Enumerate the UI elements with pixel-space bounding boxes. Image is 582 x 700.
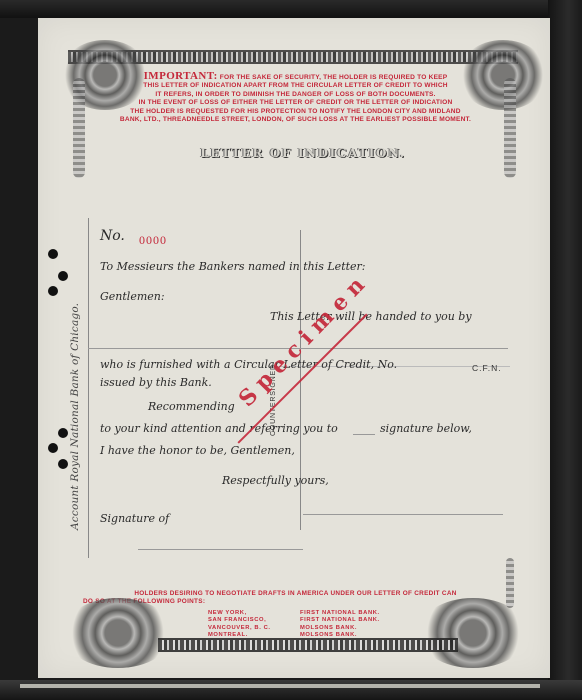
punch-hole bbox=[48, 249, 58, 259]
sleeve-paper-strip bbox=[20, 684, 540, 688]
important-notice: IMPORTANT: FOR THE SAKE OF SECURITY, THE… bbox=[83, 72, 508, 124]
punch-hole bbox=[48, 443, 58, 453]
signature-below-line: signature below, bbox=[380, 422, 472, 435]
specimen-stamp: Specimen bbox=[234, 267, 375, 412]
recommending-line: Recommending bbox=[148, 400, 235, 413]
gentlemen-greeting: Gentlemen: bbox=[100, 290, 165, 303]
form-left-rule bbox=[88, 218, 89, 558]
side-account-text: Account Royal National Bank of Chicago. bbox=[69, 303, 81, 530]
furnished-line: who is furnished with a Circular Letter … bbox=[100, 358, 397, 371]
punch-hole bbox=[58, 271, 68, 281]
ornamental-border-bottom bbox=[158, 638, 458, 652]
negotiation-banks: FIRST NATIONAL BANK. FIRST NATIONAL BANK… bbox=[300, 610, 380, 640]
honor-line: I have the honor to be, Gentlemen, bbox=[100, 444, 295, 457]
negotiation-cities: NEW YORK, SAN FRANCISCO, VANCOUVER, B. C… bbox=[208, 610, 271, 640]
number-value: 0000 bbox=[139, 233, 167, 248]
punch-hole bbox=[48, 286, 58, 296]
punch-hole bbox=[58, 428, 68, 438]
salutation-to: To Messieurs the Bankers named in this L… bbox=[100, 260, 366, 273]
issued-line: issued by this Bank. bbox=[100, 376, 212, 389]
sleeve-top-edge bbox=[0, 0, 582, 18]
sleeve-bottom-edge bbox=[0, 680, 582, 700]
countersign-line bbox=[303, 514, 503, 515]
scroll-corner-ornament-icon bbox=[63, 598, 173, 668]
signature-of-label: Signature of bbox=[100, 512, 169, 525]
respectfully-closing: Respectfully yours, bbox=[222, 474, 329, 487]
attention-line: to your kind attention and referring you… bbox=[100, 422, 338, 435]
handed-line: This Letter will be handed to you by bbox=[270, 310, 472, 323]
referring-fill-line bbox=[353, 434, 375, 435]
letter-of-indication-document: IMPORTANT: FOR THE SAKE OF SECURITY, THE… bbox=[38, 18, 550, 678]
important-lead: IMPORTANT: bbox=[144, 70, 218, 82]
punch-hole bbox=[58, 459, 68, 469]
sleeve-right-edge bbox=[548, 0, 582, 700]
signature-line bbox=[138, 549, 303, 550]
cfn-code: C.F.N. bbox=[472, 363, 502, 373]
document-title: LETTER OF INDICATION. bbox=[158, 146, 448, 160]
scroll-corner-ornament-icon bbox=[418, 598, 528, 668]
number-label: No. bbox=[100, 228, 125, 244]
